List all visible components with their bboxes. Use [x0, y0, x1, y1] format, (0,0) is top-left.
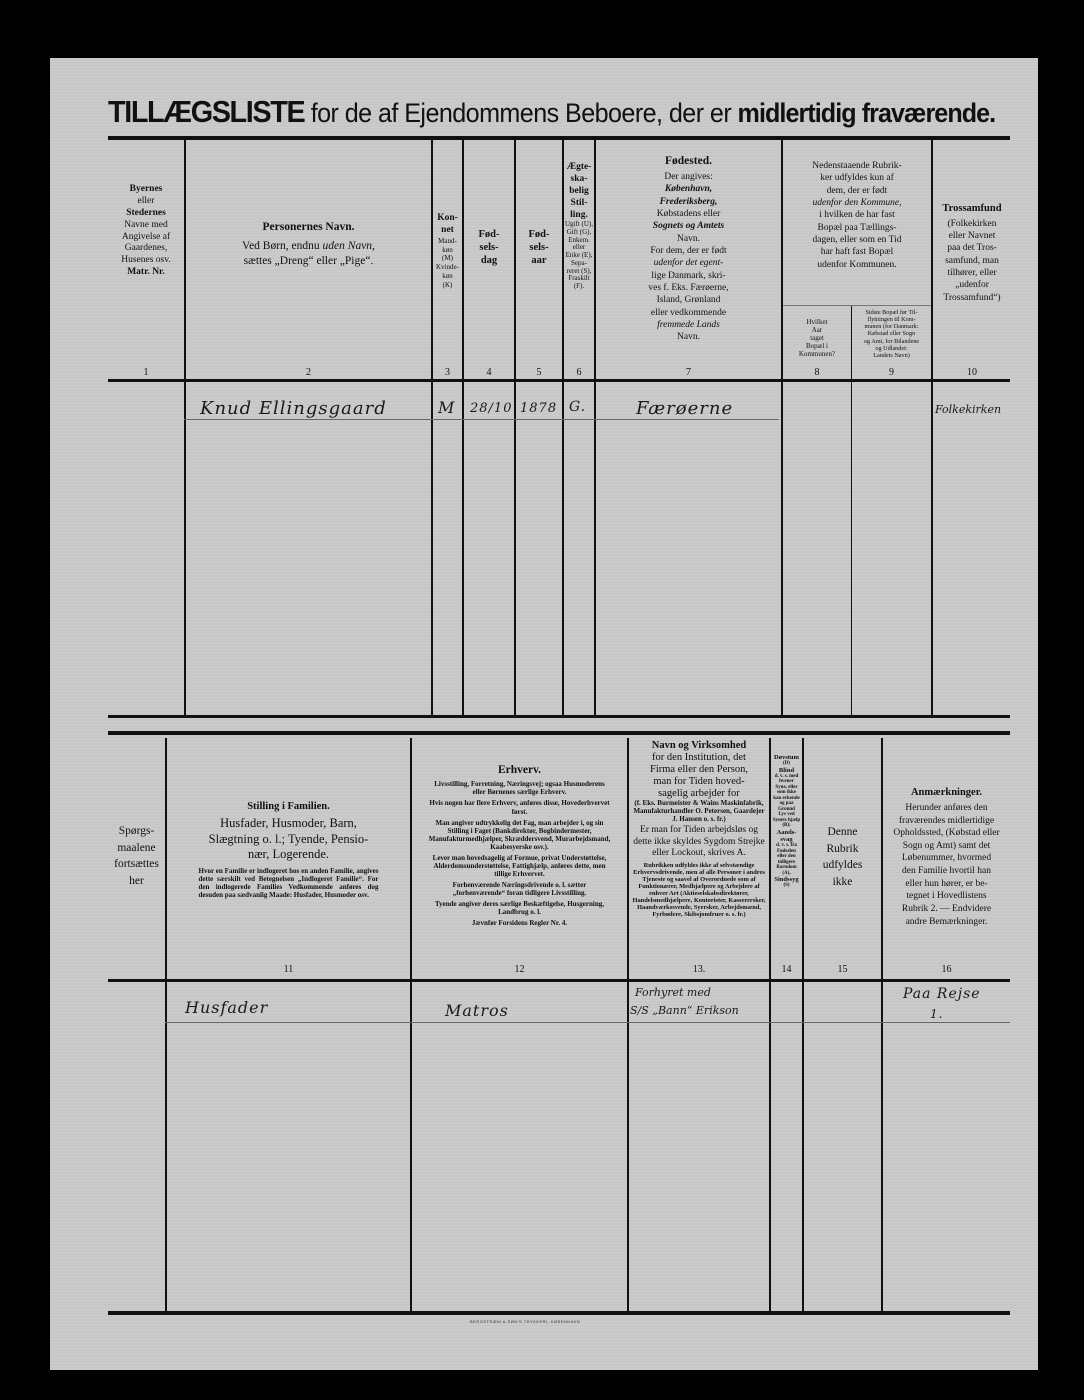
lower-row-line	[165, 1022, 1010, 1023]
col7-line: ves f. Eks. Færøerne,	[648, 282, 728, 294]
col14-line: Blind	[779, 767, 794, 774]
col12-para: Livsstilling, Forretning, Næringsvej; og…	[429, 780, 611, 796]
col10-line: „udenfor	[955, 279, 989, 291]
col8-9-line: i hvilken de har fast	[819, 209, 894, 221]
entry-occupation[interactable]: Matros	[445, 1001, 509, 1020]
col16-line: Rubrik 2. — Endvidere	[902, 903, 991, 916]
col16-line: den Familie hvortil han	[902, 865, 991, 878]
col13-heading-line: for den Institution, det	[652, 752, 746, 764]
col2-header: Personernes Navn. Ved Børn, endnu uden N…	[186, 220, 431, 268]
col8-9-line: dagen, eller som en Tid	[813, 234, 902, 246]
col12-para: Jævnfør Forsidens Regler Nr. 4.	[429, 919, 611, 927]
col-number: 15	[804, 964, 881, 975]
col8-header: Hvilket Aar taget Bopæl i Kommunen?	[783, 318, 851, 358]
entry-family-position[interactable]: Husfader	[185, 998, 268, 1017]
col1-line: eller	[138, 196, 155, 208]
col13-example: (f. Eks. Burmeister & Wains Maskinfabrik…	[633, 800, 765, 823]
entry-marital-status[interactable]: G.	[569, 399, 586, 415]
form-title-suffix: midlertidig fraværende.	[738, 98, 996, 128]
upper-col-divider	[462, 138, 464, 716]
col10-header: Trossamfund (Folkekirken eller Navnet pa…	[933, 202, 1011, 304]
col7-line: Købstadens eller	[657, 208, 721, 220]
col10-line: samfund, man	[945, 255, 999, 267]
col16-line: Opholdssted, (Købstad eller	[893, 827, 999, 840]
col8-line: Bopæl i	[806, 342, 828, 350]
col2-text: Ved Børn, endnu	[242, 240, 320, 252]
form-title-prefix: TILLÆGSLISTE	[108, 94, 304, 129]
entry-birth-year[interactable]: 1878	[520, 401, 557, 416]
entry-employer-line2[interactable]: S/S „Bann“ Erikson	[630, 1004, 739, 1017]
col9-line: munen (for Danmark:	[865, 323, 919, 330]
col13-note: Rubrikken udfyldes ikke af selvstændige …	[632, 862, 766, 918]
col9-line: Landets Navn)	[873, 352, 910, 359]
entry-employer-line1[interactable]: Forhyret med	[635, 986, 711, 999]
col11-heading: Stilling i Familien.	[247, 800, 330, 813]
col9-line: flytningen til Kom-	[867, 316, 915, 323]
col8-9-line: dem, der er født	[827, 185, 888, 197]
continued-line: fortsættes	[114, 856, 159, 873]
col10-line: (Folkekirken	[947, 218, 996, 230]
col13-unemployed-note: Er man for Tiden arbejdsløs og dette ikk…	[632, 825, 766, 859]
col16-line: andre Bemærkninger.	[906, 916, 988, 929]
col15-line: Denne	[827, 824, 857, 841]
col3-header: Kon-net Mand-køn (M) Kvinde-køn (K)	[433, 213, 462, 289]
entry-sex[interactable]: M	[438, 398, 455, 417]
col-number: 4	[464, 367, 514, 378]
col-number: 9	[852, 367, 931, 378]
col7-line: For dem, der er født	[650, 245, 726, 257]
printer-imprint: BERGSTRÆM & SØN'S TRYKKERI, KØBENHAVN	[470, 1319, 580, 1324]
col-number: 14	[771, 964, 802, 975]
col5-header: Fød-sels-aar	[516, 228, 562, 267]
col8-line: taget	[810, 334, 824, 342]
col16-line: fraværendes midlertidige	[899, 815, 994, 828]
col-number: 1	[108, 367, 184, 378]
col8-9-line: udenfor Kommunen.	[817, 259, 896, 271]
col13-header: Navn og Virksomhed for den Institution, …	[629, 740, 769, 918]
col-number: 16	[883, 964, 1010, 975]
col16-line: tegnet i Hovedlistens	[906, 890, 986, 903]
col8-line: Aar	[812, 326, 823, 334]
col8-line: Kommunen?	[799, 350, 835, 358]
col11-line: Slægtning o. l.; Tyende, Pensio-	[209, 832, 369, 848]
col6-header: Ægte-ska-belig Stil-ling. Ugift (U), Gif…	[564, 162, 594, 291]
col7-line: lige Danmark, skri-	[651, 270, 725, 282]
upper-row-line	[184, 419, 779, 420]
col16-heading: Anmærkninger.	[911, 786, 982, 800]
col16-line: eller hun hører, er be-	[905, 878, 987, 891]
col7-line: eller vedkommende	[651, 307, 726, 319]
col8-9-line: ker udfyldes kun af	[820, 172, 894, 184]
col8-9-line: Nedenstaaende Rubrik-	[812, 160, 901, 172]
entry-birthplace[interactable]: Færøerne	[636, 398, 733, 419]
col1-line: Matr. Nr.	[127, 267, 165, 279]
col14-line: svag	[780, 836, 792, 843]
col1-line: Stedernes	[126, 208, 166, 220]
lower-top-rule	[108, 731, 1010, 735]
col8-9-line: har haft fast Bopæl	[821, 246, 894, 258]
col9-line: og Udlandet:	[875, 345, 907, 352]
col12-para: Forhenværende Næringsdrivende o. l. sætt…	[429, 881, 611, 897]
top-thick-rule	[108, 136, 1010, 140]
col16-line: Sogn og Amt) samt det	[903, 840, 991, 853]
col11-note: Hvor en Familie er indlogeret hos en and…	[199, 867, 379, 899]
col14-header: Døvstum (D) Blind d. v. s. med hvener Sy…	[771, 754, 802, 889]
col16-line: Herunder anføres den	[905, 802, 987, 815]
form-title-middle: for de af Ejendommens Beboere, der er	[304, 98, 737, 128]
col14-line: Sindssyg	[774, 876, 798, 883]
col-number: 11	[167, 964, 410, 975]
entry-name[interactable]: Knud Ellingsgaard	[200, 398, 387, 419]
continued-line: maalene	[117, 840, 155, 857]
col13-heading-line: Navn og Virksomhed	[652, 740, 747, 752]
col1-line: Husenes osv.	[121, 255, 171, 267]
col3-sub: Kvinde-køn	[433, 263, 462, 281]
col1-line: Byernes	[130, 184, 163, 196]
col14-line: Døvstum	[774, 754, 799, 761]
col3-sub: (M)	[442, 254, 453, 263]
col10-line: Trossamfund“)	[943, 292, 1000, 304]
col2-text: sættes „Dreng“ eller „Pige“.	[244, 254, 374, 268]
col7-heading: Fødested.	[665, 154, 712, 169]
col9-line: og Amt, for Bilandene	[864, 338, 919, 345]
col16-header: Anmærkninger. Herunder anføres den fravæ…	[883, 786, 1010, 928]
col1-line: Navne med	[124, 220, 168, 232]
col1-header: Byernes eller Stedernes Navne med Angive…	[108, 184, 184, 279]
col6-sub: (F).	[574, 282, 584, 290]
col10-line: paa det Tros-	[947, 242, 997, 254]
col-number: 2	[186, 367, 431, 378]
upper-bottom-rule	[108, 715, 1010, 718]
col12-para: Tyende angiver deres særlige Beskæftigel…	[429, 900, 611, 916]
col5-heading: Fød-sels-aar	[524, 228, 554, 267]
col7-line: Frederiksberg,	[660, 196, 718, 208]
upper-subheader-line	[783, 305, 931, 306]
continued-line: her	[129, 873, 144, 890]
col4-header: Fød-sels-dag	[464, 228, 514, 267]
col12-para: Lever man hovedsagelig af Formue, privat…	[429, 854, 611, 878]
col7-line: udenfor det egent-	[654, 257, 724, 269]
col3-sub: Mand-køn	[433, 237, 462, 255]
col10-line: eller Navnet	[949, 230, 996, 242]
col7-line: København,	[665, 183, 712, 195]
col2-heading: Personernes Navn.	[263, 220, 355, 234]
col15-line: ikke	[833, 874, 853, 891]
census-form-page: TILLÆGSLISTE for de af Ejendommens Beboe…	[50, 58, 1038, 1370]
col3-sub: (K)	[443, 281, 453, 290]
col8-9-line: udenfor den Kommune,	[813, 197, 902, 209]
lower-header-rule	[108, 979, 1010, 982]
col12-header: Erhverv. Livsstilling, Forretning, Nærin…	[412, 763, 627, 927]
col7-line: Navn.	[677, 331, 700, 343]
col2-text-italic: uden Navn,	[323, 240, 375, 252]
col11-header: Stilling i Familien. Husfader, Husmoder,…	[167, 800, 410, 899]
col7-line: Sognets og Amtets	[653, 220, 724, 232]
col6-heading: Ægte-ska-belig Stil-ling.	[566, 162, 592, 221]
col8-9-header: Nedenstaaende Rubrik- ker udfyldes kun a…	[783, 160, 931, 271]
col12-para: Man angiver udtrykkelig det Fag, man arb…	[429, 819, 611, 851]
lower-bottom-rule	[108, 1311, 1010, 1315]
upper-header-rule	[108, 379, 1010, 382]
col8-9-line: Bopæl paa Tællings-	[818, 222, 897, 234]
col-number: 7	[596, 367, 781, 378]
col9-line: Sidste Bopæl før Til-	[865, 309, 917, 316]
col-number: 10	[933, 367, 1011, 378]
col1-line: Angivelse af	[122, 232, 170, 244]
col4-heading: Fød-sels-dag	[474, 228, 504, 267]
col15-line: udfyldes	[823, 857, 863, 874]
col13-heading-line: Firma eller den Person,	[650, 764, 748, 776]
entry-remarks-line1[interactable]: Paa Rejse	[903, 986, 981, 1002]
col12-heading: Erhverv.	[498, 763, 541, 777]
col15-line: Rubrik	[827, 841, 859, 858]
col13-heading-line: man for Tiden hoved-	[653, 776, 744, 788]
col7-line: Navn.	[677, 233, 700, 245]
col14-line: Aands-	[777, 829, 797, 836]
upper-col-divider	[514, 138, 516, 716]
col-number: 8	[783, 367, 851, 378]
form-title: TILLÆGSLISTE for de af Ejendommens Beboe…	[108, 94, 954, 130]
col11-line: nær, Logerende.	[248, 847, 329, 863]
col8-line: Hvilket	[807, 318, 828, 326]
col14-line: (S)	[783, 883, 789, 889]
col7-line: Island, Grønland	[657, 294, 721, 306]
col1-line: Gaardenes,	[125, 243, 167, 255]
entry-birth-day[interactable]: 28/10	[470, 401, 512, 416]
entry-remarks-line2[interactable]: 1.	[930, 1007, 943, 1021]
continued-line: Spørgs-	[119, 823, 155, 840]
col12-para: Hvis nogen har flere Erhverv, anføres di…	[429, 799, 611, 815]
col-number: 13.	[629, 964, 769, 975]
col10-heading: Trossamfund	[942, 202, 1001, 216]
col16-line: Løbenummer, hvormed	[902, 852, 991, 865]
entry-religion[interactable]: Folkekirken	[935, 403, 1001, 416]
col-number: 5	[516, 367, 562, 378]
col-number: 6	[564, 367, 594, 378]
col7-line: Der angives:	[664, 171, 712, 183]
col-number: 12	[412, 964, 627, 975]
col3-heading: Kon-net	[437, 213, 459, 237]
col9-line: Købstad eller Sogn	[868, 330, 915, 337]
col9-header: Sidste Bopæl før Til- flytningen til Kom…	[852, 309, 931, 359]
col15-header: Denne Rubrik udfyldes ikke	[804, 824, 881, 891]
col-number: 3	[433, 367, 462, 378]
continued-label: Spørgs- maalene fortsættes her	[108, 823, 165, 890]
col7-header: Fødested. Der angives: København, Freder…	[596, 154, 781, 344]
col10-line: tilhører, eller	[947, 267, 996, 279]
col7-line: fremmede Lands	[657, 319, 720, 331]
col11-line: Husfader, Husmoder, Barn,	[220, 816, 357, 832]
